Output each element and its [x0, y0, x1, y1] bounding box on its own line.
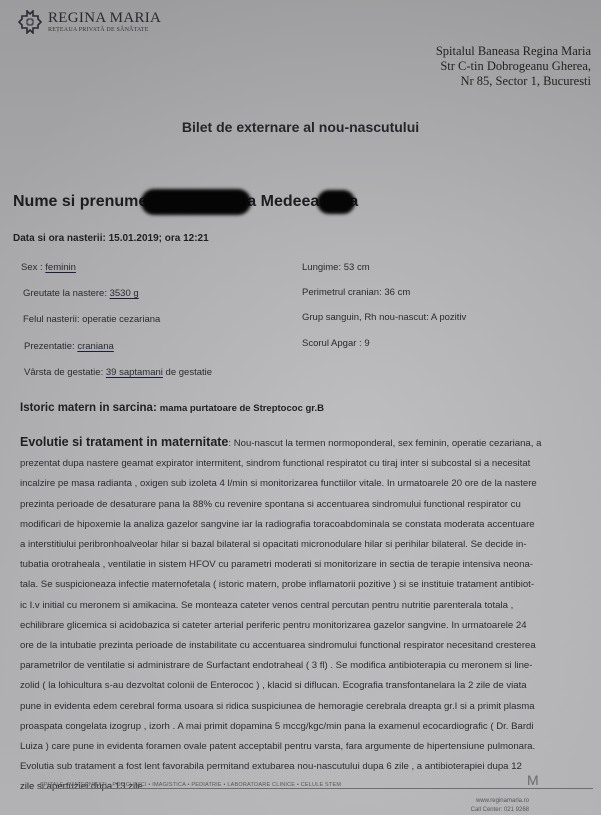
evolution-line: echilibrare glicemica si acidobazica si … [20, 616, 585, 636]
field-gestational-age: Vârsta de gestatie: 39 saptamani de gest… [24, 367, 212, 378]
address-line: Nr 85, Sector 1, Bucuresti [436, 74, 591, 89]
field-sex: Sex : feminin [21, 262, 76, 273]
footer-contact: www.reginamaria.ro Call Center: 021 9268 [471, 797, 529, 815]
evolution-line: a interstitiului peribronhoalveolar hila… [20, 535, 585, 555]
field-label: Perimetrul cranian: [302, 287, 382, 298]
field-label: Felul nasterii: [23, 314, 80, 325]
field-value: 39 saptamani [106, 367, 163, 378]
hospital-address: Spitalul Baneasa Regina Maria Str C-tin … [436, 44, 591, 89]
footer-call-center: Call Center: 021 9268 [471, 806, 529, 815]
field-value: 3530 g [110, 288, 139, 299]
field-value: feminin [45, 262, 76, 273]
maternal-history-value: mama purtatoare de Streptococ gr.B [160, 403, 324, 414]
evolution-line: zolid ( la lohicultura s-au dezvoltat co… [20, 676, 585, 696]
evolution-line: tala. Se suspicioneaza infectie maternof… [20, 575, 585, 595]
field-label: Scorul Apgar : [302, 338, 362, 349]
evolution-line: modificari de hipoxemie la analiza gazel… [20, 515, 585, 535]
evolution-line: prezentat dupa nastere geamat expirator … [20, 454, 585, 474]
address-line: Str C-tin Dobrogeanu Gherea, [436, 59, 591, 74]
evolution-label: Evolutie si tratament in maternitate [20, 435, 228, 449]
field-label: Sex : [21, 262, 43, 273]
evolution-line: parametrilor de ventilatie si administra… [20, 656, 585, 676]
field-value-suffix: de gestatie [163, 367, 212, 378]
field-delivery-type: Felul nasterii: operatie cezariana [23, 314, 160, 325]
evolution-line: prezinta perioade de desaturare pana la … [20, 495, 585, 515]
address-line: Spitalul Baneasa Regina Maria [436, 44, 591, 59]
brand-logo: REGINA MARIA REȚEAUA PRIVATĂ DE SĂNĂTATE [18, 10, 161, 34]
birth-label: Data si ora nasterii: [13, 233, 106, 244]
evolution-line: proaspata congelata izogrup , izorh . A … [20, 717, 585, 737]
field-label: Lungime: [302, 262, 341, 273]
evolution-line: ic I.v initial cu meronem si amikacina. … [20, 596, 585, 616]
evolution-line: incalzire pe masa radianta , oxigen sub … [20, 474, 585, 494]
field-head-circumference: Perimetrul cranian: 36 cm [302, 287, 410, 298]
field-value: 53 cm [344, 262, 370, 273]
brand-tagline: REȚEAUA PRIVATĂ DE SĂNĂTATE [48, 27, 161, 33]
field-label: Vârsta de gestatie: [24, 367, 103, 378]
evolution-line: ore de la intubatie prezinta perioade de… [20, 636, 585, 656]
field-apgar: Scorul Apgar : 9 [302, 338, 370, 349]
evolution-line: Luiza ) care pune in evidenta foramen ov… [20, 737, 585, 757]
field-value: A pozitiv [431, 312, 466, 323]
field-label: Grup sanguin, Rh nou-nascut: [302, 312, 429, 323]
footer-divider [38, 788, 593, 789]
footer-website: www.reginamaria.ro [471, 797, 529, 806]
field-value: 9 [364, 338, 369, 349]
field-label: Prezentatie: [24, 341, 75, 352]
evolution-section: Evolutie si tratament in maternitate: No… [20, 432, 585, 798]
evolution-text: : Nou-nascut la termen normoponderal, se… [228, 438, 541, 449]
field-length: Lungime: 53 cm [302, 262, 370, 273]
field-presentation: Prezentatie: craniana [24, 341, 114, 352]
evolution-line: Evolutie si tratament in maternitate: No… [20, 432, 585, 454]
field-label: Greutate la nastere: [23, 288, 107, 299]
evolution-line: tubatia orotraheala , ventilatie in sist… [20, 555, 585, 575]
field-weight: Greutate la nastere: 3530 g [23, 288, 139, 299]
maternal-history: Istoric matern in sarcina:mama purtatoar… [20, 402, 324, 414]
brand-name: REGINA MARIA [48, 11, 161, 26]
evolution-line: Evolutia sub tratament a fost lent favor… [20, 757, 585, 777]
name-visible: a Medeea [247, 193, 319, 210]
field-blood-group: Grup sanguin, Rh nou-nascut: A pozitiv [302, 312, 466, 323]
patient-name: Nume si prenumea Medeeaa [13, 189, 358, 215]
maternal-history-label: Istoric matern in sarcina: [20, 402, 157, 414]
field-value: 36 cm [384, 287, 410, 298]
evolution-line: pune in evidenta edem cerebral forma uso… [20, 697, 585, 717]
redaction-mark [317, 190, 355, 214]
birth-datetime: Data si ora nasterii: 15.01.2019; ora 12… [13, 233, 209, 244]
footer-mark-icon: M [527, 772, 539, 788]
cross-star-icon [18, 10, 42, 34]
birth-value: 15.01.2019; ora 12:21 [109, 233, 209, 244]
name-label: Nume si prenume [13, 193, 147, 210]
document-title: Bilet de externare al nou-nascutului [0, 119, 601, 135]
redaction-mark [141, 189, 251, 215]
field-value: craniana [77, 341, 113, 352]
field-value: operatie cezariana [82, 314, 160, 325]
